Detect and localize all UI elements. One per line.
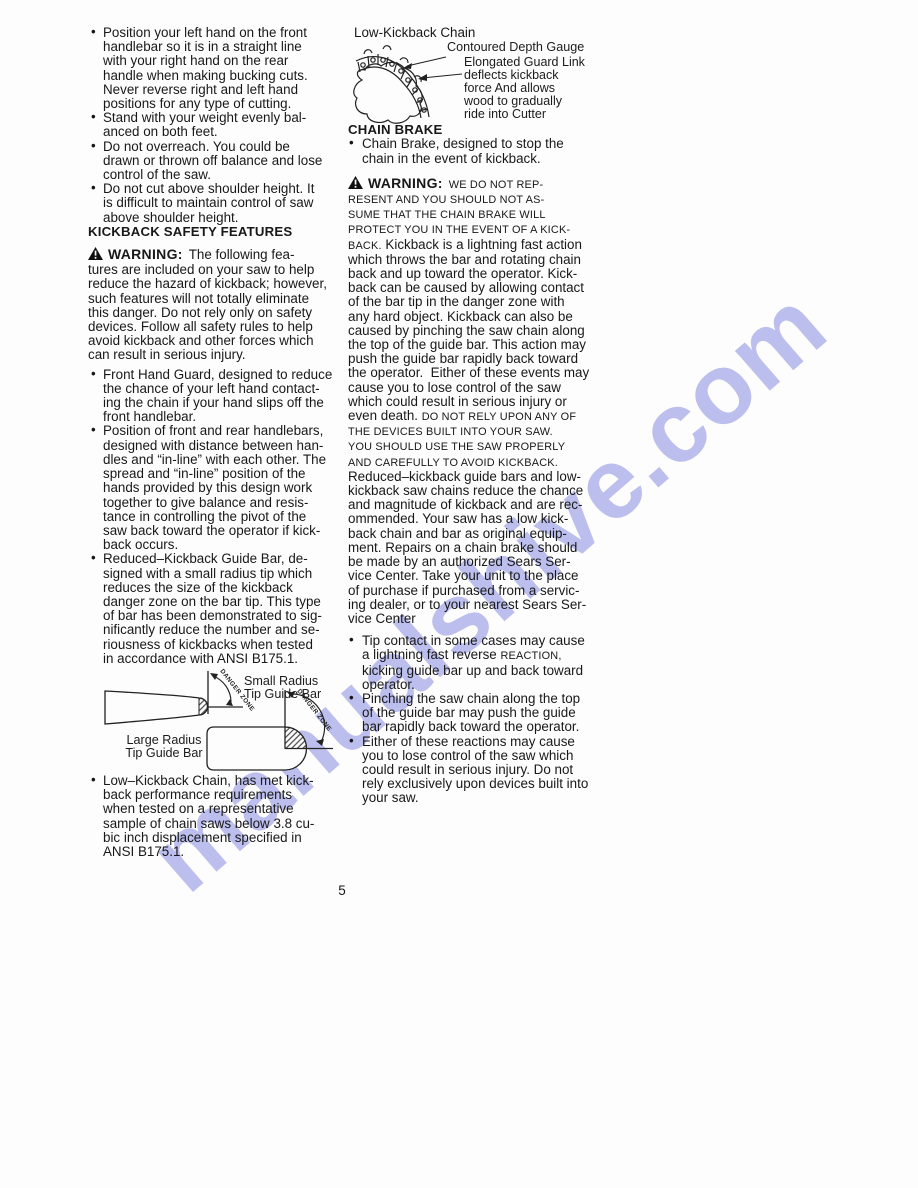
page-number: 5 (330, 883, 354, 898)
text-line: Never reverse right and left hand (103, 83, 342, 97)
guard-link-label: Elongated Guard Link deflects kickback f… (464, 56, 585, 121)
text-line: Do not overreach. You could be (103, 140, 342, 154)
text-line: PROTECT YOU IN THE EVENT OF A KICK- (348, 222, 606, 237)
bullet-item: •Position your left hand on the fronthan… (88, 26, 342, 111)
text-line: bic inch displacement specified in (103, 831, 342, 845)
warning-label: WARNING: (368, 175, 443, 191)
depth-gauge-label: Contoured Depth Gauge (447, 41, 584, 54)
bullet-marker: • (349, 136, 354, 150)
text-line: cause you to lose control of the saw (348, 381, 606, 395)
text-line: back occurs. (103, 538, 342, 552)
text-line: operator. (362, 678, 606, 692)
text-line: back and up toward the operator. Kick- (348, 267, 606, 281)
text-line: reduce the hazard of kickback; however, (88, 277, 342, 291)
text-line: even death. DO NOT RELY UPON ANY OF (348, 409, 606, 424)
bullet-item: •Stand with your weight evenly bal-anced… (88, 111, 342, 139)
diagram-caption: Low-Kickback Chain (348, 26, 606, 40)
text-line: Tip contact in some cases may cause (362, 634, 606, 648)
text-line: Reduced–Kickback Guide Bar, de- (103, 552, 342, 566)
text-line: devices. Follow all safety rules to help (88, 320, 342, 334)
text-line: which could result in serious injury or (348, 395, 606, 409)
text-line: bar rapidly back toward the operator. (362, 720, 606, 734)
small-radius-bar: DANGER ZONE (105, 668, 256, 724)
bullet-marker: • (91, 551, 96, 565)
text-line: handle when making bucking cuts. (103, 69, 342, 83)
text-line: vice Center (348, 612, 606, 626)
caps-text: RESENT AND YOU SHOULD NOT AS- (348, 194, 544, 206)
bullet-item: •Do not overreach. You could bedrawn or … (88, 140, 342, 183)
bullet-item: •Chain Brake, designed to stop thechain … (348, 137, 606, 165)
bullet-item: •Low–Kickback Chain, has met kick-back p… (88, 774, 342, 859)
text-line: sample of chain saws below 3.8 cu- (103, 817, 342, 831)
text-line: together to give balance and resis- (103, 496, 342, 510)
text-line: avoid kickback and other forces which (88, 334, 342, 348)
text-line: kickback saw chains reduce the chance (348, 484, 606, 498)
body-text: a lightning fast reverse (362, 647, 500, 662)
caps-text: DO NOT RELY UPON ANY OF (422, 411, 576, 423)
warning-first-line: WARNING:WE DO NOT REP- (348, 176, 606, 192)
text-line: THE DEVICES BUILT INTO YOUR SAW. (348, 424, 606, 439)
bullet-marker: • (349, 691, 354, 705)
text-line: chain in the event of kickback. (362, 152, 606, 166)
arrow-icon (210, 673, 218, 680)
text-line: of the guide bar may push the guide (362, 706, 606, 720)
bullet-marker: • (91, 139, 96, 153)
text-line: SUME THAT THE CHAIN BRAKE WILL (348, 207, 606, 222)
text-line: vice Center. Take your unit to the place (348, 569, 606, 583)
text-line: could result in serious injury. Do not (362, 763, 606, 777)
text-line: saw back toward the operator if kick- (103, 524, 342, 538)
text-line: ment. Repairs on a chain brake should (348, 541, 606, 555)
text-line: of bar has been demonstrated to sig- (103, 609, 342, 623)
warning-first-text: The following fea- (189, 247, 295, 262)
text-line: ing dealer, or to your nearest Sears Ser… (348, 598, 606, 612)
bullet-item: •Front Hand Guard, designed to reducethe… (88, 368, 342, 425)
text-line: designed with distance between han- (103, 439, 342, 453)
wood-chunk (354, 62, 422, 123)
manual-page: manualshive.com •Position your left hand… (0, 0, 918, 1188)
text-line: above shoulder height. (103, 211, 342, 225)
text-line: with your right hand on the rear (103, 54, 342, 68)
text-line: spread and “in-line” position of the (103, 467, 342, 481)
text-line: signed with a small radius tip which (103, 567, 342, 581)
text-line: be made by an authorized Sears Ser- (348, 555, 606, 569)
bullet-item: •Either of these reactions may causeyou … (348, 735, 606, 806)
caps-text: BACK. (348, 240, 382, 252)
text-line: this danger. Do not rely only on safety (88, 306, 342, 320)
bullet-item: •Tip contact in some cases may causea li… (348, 634, 606, 692)
text-line: when tested on a representative (103, 802, 342, 816)
text-line: Chain Brake, designed to stop the (362, 137, 606, 151)
text-line: Front Hand Guard, designed to reduce (103, 368, 342, 382)
bullet-marker: • (349, 734, 354, 748)
text-line: back chain and bar as original equip- (348, 527, 606, 541)
caps-text: WE DO NOT REP- (449, 179, 544, 191)
arrow-icon (316, 739, 324, 746)
right-column: Low-Kickback ChainCHAIN BRAKE•Chain Brak… (348, 26, 606, 806)
text-line: RESENT AND YOU SHOULD NOT AS- (348, 192, 606, 207)
caps-text: REACTION, (500, 650, 561, 662)
bullet-marker: • (91, 110, 96, 124)
text-line: back can be caused by allowing contact (348, 281, 606, 295)
text-line: of the bar tip in the danger zone with (348, 295, 606, 309)
text-line: your saw. (362, 791, 606, 805)
warning-paragraph: WARNING:WE DO NOT REP-RESENT AND YOU SHO… (348, 176, 606, 626)
large-radius-bar-label: Large Radius Tip Guide Bar (120, 734, 208, 760)
text-line: Do not cut above shoulder height. It (103, 182, 342, 196)
text-line: ommended. Your saw has a low kick- (348, 512, 606, 526)
text-line: the chance of your left hand contact- (103, 382, 342, 396)
text-line: BACK. Kickback is a lightning fast actio… (348, 238, 606, 253)
text-line: of purchase if purchased from a servic- (348, 584, 606, 598)
text-line: nificantly reduce the number and se- (103, 623, 342, 637)
text-line: Pinching the saw chain along the top (362, 692, 606, 706)
text-line: dles and “in-line” with each other. The (103, 453, 342, 467)
text-line: is difficult to maintain control of saw (103, 196, 342, 210)
text-line: Either of these reactions may cause (362, 735, 606, 749)
text-line: hands provided by this design work (103, 481, 342, 495)
text-line: the operator. Either of these events may (348, 366, 606, 380)
text-line: Position your left hand on the front (103, 26, 342, 40)
text-line: riousness of kickbacks when tested (103, 638, 342, 652)
bullet-marker: • (91, 367, 96, 381)
caps-text: YOU SHOULD USE THE SAW PROPERLY (348, 441, 565, 453)
bullet-item: •Pinching the saw chain along the topof … (348, 692, 606, 735)
bullet-marker: • (91, 773, 96, 787)
text-line: anced on both feet. (103, 125, 342, 139)
text-line: Position of front and rear handlebars, (103, 424, 342, 438)
text-line: tures are included on your saw to help (88, 263, 342, 277)
text-line: drawn or thrown off balance and lose (103, 154, 342, 168)
warning-first-line: WARNING:The following fea- (88, 247, 342, 263)
text-line: AND CAREFULLY TO AVOID KICKBACK. (348, 455, 606, 470)
text-line: a lightning fast reverse REACTION, (362, 648, 606, 663)
text-line: rely exclusively upon devices built into (362, 777, 606, 791)
bullet-marker: • (349, 633, 354, 647)
bullet-item: •Do not cut above shoulder height. Itis … (88, 182, 342, 225)
body-text: even death. (348, 408, 422, 423)
warning-paragraph: WARNING:The following fea-tures are incl… (88, 247, 342, 363)
text-line: the top of the guide bar. This action ma… (348, 338, 606, 352)
caps-text: PROTECT YOU IN THE EVENT OF A KICK- (348, 224, 570, 236)
text-line: back performance requirements (103, 788, 342, 802)
text-line: danger zone on the bar tip. This type (103, 595, 342, 609)
body-text: Kickback is a lightning fast action (382, 237, 582, 252)
bullet-marker: • (91, 25, 96, 39)
text-line: handlebar so it is in a straight line (103, 40, 342, 54)
bullet-marker: • (91, 423, 96, 437)
text-line: such features will not totally eliminate (88, 292, 342, 306)
text-line: can result in serious injury. (88, 348, 342, 362)
text-line: caused by pinching the saw chain along (348, 324, 606, 338)
text-line: tance in controlling the pivot of the (103, 510, 342, 524)
text-line: and magnitude of kickback and are rec- (348, 498, 606, 512)
text-line: front handlebar. (103, 410, 342, 424)
text-line: reduces the size of the kickback (103, 581, 342, 595)
text-line: Reduced–kickback guide bars and low- (348, 470, 606, 484)
warning-label: WARNING: (108, 246, 183, 262)
text-line: control of the saw. (103, 168, 342, 182)
caps-text: SUME THAT THE CHAIN BRAKE WILL (348, 209, 546, 221)
text-line: push the guide bar rapidly back toward (348, 352, 606, 366)
bullet-item: •Position of front and rear handlebars,d… (88, 424, 342, 552)
small-radius-bar-label: Small Radius Tip Guide Bar (244, 675, 321, 701)
caps-text: THE DEVICES BUILT INTO YOUR SAW. (348, 426, 553, 438)
text-line: any hard object. Kickback can also be (348, 310, 606, 324)
warning-first-text: WE DO NOT REP- (449, 176, 544, 191)
text-line: positions for any type of cutting. (103, 97, 342, 111)
bullet-item: •Reduced–Kickback Guide Bar, de-signed w… (88, 552, 342, 666)
section-heading: KICKBACK SAFETY FEATURES (88, 225, 342, 239)
arrow-icon (226, 699, 233, 706)
text-line: ANSI B175.1. (103, 845, 342, 859)
text-line: Stand with your weight evenly bal- (103, 111, 342, 125)
text-line: ing the chain if your hand slips off the (103, 396, 342, 410)
text-line: YOU SHOULD USE THE SAW PROPERLY (348, 439, 606, 454)
text-line: kicking guide bar up and back toward (362, 664, 606, 678)
bullet-marker: • (91, 181, 96, 195)
warning-triangle-icon (348, 176, 363, 192)
text-line: you to lose control of the saw which (362, 749, 606, 763)
caps-text: AND CAREFULLY TO AVOID KICKBACK. (348, 457, 558, 469)
warning-triangle-icon (88, 247, 103, 263)
text-line: which throws the bar and rotating chain (348, 253, 606, 267)
